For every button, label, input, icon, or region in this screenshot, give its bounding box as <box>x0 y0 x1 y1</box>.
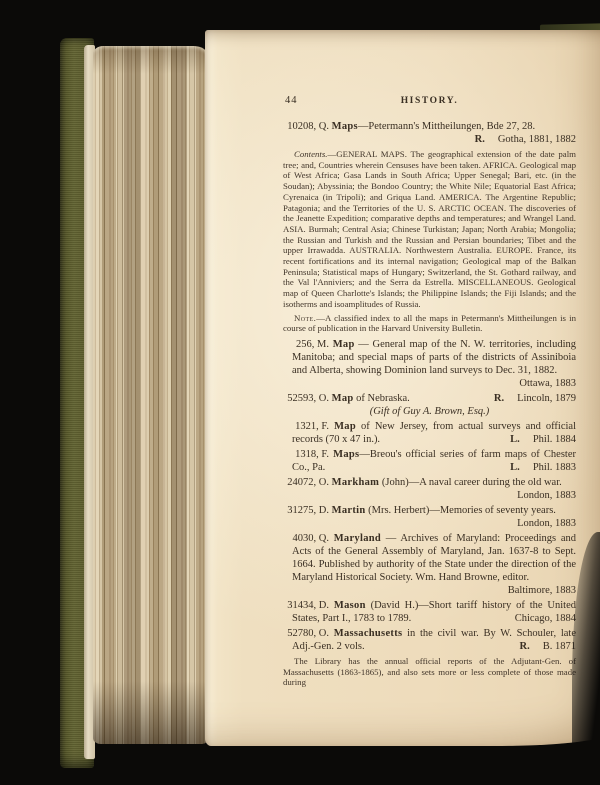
running-header: HISTORY. <box>401 95 459 108</box>
entry-heading: Map <box>333 339 355 350</box>
catalog-entry: 1318, F. Maps—Breou's official series of… <box>283 448 576 474</box>
imprint-line: London, 1883 <box>283 489 576 502</box>
entry-number: 1318, F. <box>283 448 329 461</box>
imprint: L.Phil. 1883 <box>510 461 576 474</box>
entry-number: 52593, O. <box>283 392 329 405</box>
entry-heading: Map <box>334 421 356 432</box>
entry-number: 52780, O. <box>283 627 329 640</box>
imprint: R.B. 1871 <box>520 640 576 653</box>
page-header: 44 HISTORY. <box>283 94 576 107</box>
imprint-text: Chicago, 1884 <box>515 613 576 624</box>
entry-number: 4030, Q. <box>283 532 329 545</box>
catalog-entry: 31275, D. Martin (Mrs. Herbert)—Memories… <box>283 504 576 517</box>
contents-label: Contents. <box>294 149 327 159</box>
catalog-entry: 256, M. Map — General map of the N. W. t… <box>283 338 576 377</box>
gift-note: (Gift of Guy A. Brown, Esq.) <box>283 405 576 418</box>
imprint: Chicago, 1884 <box>515 612 576 625</box>
imprint-line: Baltimore, 1883 <box>283 584 576 597</box>
entry-heading: Martin <box>332 505 366 516</box>
entry-number: 31275, D. <box>283 504 329 517</box>
catalog-entry: 1321, F. Map of New Jersey, from actual … <box>283 420 576 446</box>
note-paragraph: Note.—A classified index to all the maps… <box>283 313 576 334</box>
imprint-line: Ottawa, 1883 <box>283 377 576 390</box>
imprint-text: Lincoln, 1879 <box>517 393 576 404</box>
catalog-entry: 4030, Q. Maryland — Archives of Maryland… <box>283 532 576 584</box>
entry-heading: Maryland <box>334 533 381 544</box>
entry-heading: Maps <box>333 449 359 460</box>
imprint: Ottawa, 1883 <box>519 378 576 389</box>
entry-number: 10208, Q. <box>283 120 329 133</box>
shelf-mark: L. <box>510 434 520 445</box>
book-page: 44 HISTORY. 10208, Q. Maps—Petermann's M… <box>205 30 600 746</box>
page-number: 44 <box>285 94 298 107</box>
imprint: London, 1883 <box>517 490 576 501</box>
imprint-text: Phil. 1883 <box>533 462 576 473</box>
entry-number: 24072, O. <box>283 476 329 489</box>
entry-heading: Maps <box>332 121 358 132</box>
imprint: L.Phil. 1884 <box>510 433 576 446</box>
imprint-text: B. 1871 <box>543 641 576 652</box>
contents-text: —GENERAL MAPS. The geographical extensio… <box>283 149 576 309</box>
book-photograph: 44 HISTORY. 10208, Q. Maps—Petermann's M… <box>0 0 600 785</box>
shelf-mark: R. <box>520 641 530 652</box>
entry-number: 1321, F. <box>283 420 329 433</box>
contents-note: Contents.—GENERAL MAPS. The geographical… <box>283 149 576 310</box>
entry-body: —Petermann's Mittheilungen, Bde 27, 28. <box>358 121 535 132</box>
entry-body: (Mrs. Herbert)—Memories of seventy years… <box>366 505 556 516</box>
note-label: Note. <box>294 313 316 323</box>
entry-number: 256, M. <box>283 338 329 351</box>
imprint-line: London, 1883 <box>283 517 576 530</box>
catalog-entry: 52593, O. Map of Nebraska. R.Lincoln, 18… <box>283 392 576 405</box>
shelf-mark: L. <box>510 462 520 473</box>
entry-heading: Map <box>332 393 354 404</box>
imprint: London, 1883 <box>517 518 576 529</box>
imprint-line: R.Gotha, 1881, 1882 <box>283 133 576 146</box>
page-content: 44 HISTORY. 10208, Q. Maps—Petermann's M… <box>283 94 576 689</box>
page-fore-edges <box>93 46 208 744</box>
catalog-entry: 31434, D. Mason (David H.)—Short tariff … <box>283 599 576 625</box>
entry-body: (John)—A naval career during the old war… <box>379 477 562 488</box>
library-note: The Library has the annual official repo… <box>283 656 576 688</box>
imprint-text: Phil. 1884 <box>533 434 576 445</box>
entry-heading: Markham <box>332 477 380 488</box>
note-text: —A classified index to all the maps in P… <box>283 313 576 334</box>
shelf-mark: R. <box>494 393 504 404</box>
imprint: Gotha, 1881, 1882 <box>498 134 576 145</box>
entry-heading: Massachusetts <box>334 628 403 639</box>
imprint: R.Lincoln, 1879 <box>494 392 576 405</box>
catalog-entry: 10208, Q. Maps—Petermann's Mittheilungen… <box>283 120 576 133</box>
entry-heading: Mason <box>334 600 366 611</box>
shelf-mark: R. <box>475 134 485 145</box>
catalog-entry: 52780, O. Massachusetts in the civil war… <box>283 627 576 653</box>
entry-number: 31434, D. <box>283 599 329 612</box>
imprint: Baltimore, 1883 <box>508 585 576 596</box>
entry-body: of Nebraska. <box>354 393 410 404</box>
catalog-entry: 24072, O. Markham (John)—A naval career … <box>283 476 576 489</box>
